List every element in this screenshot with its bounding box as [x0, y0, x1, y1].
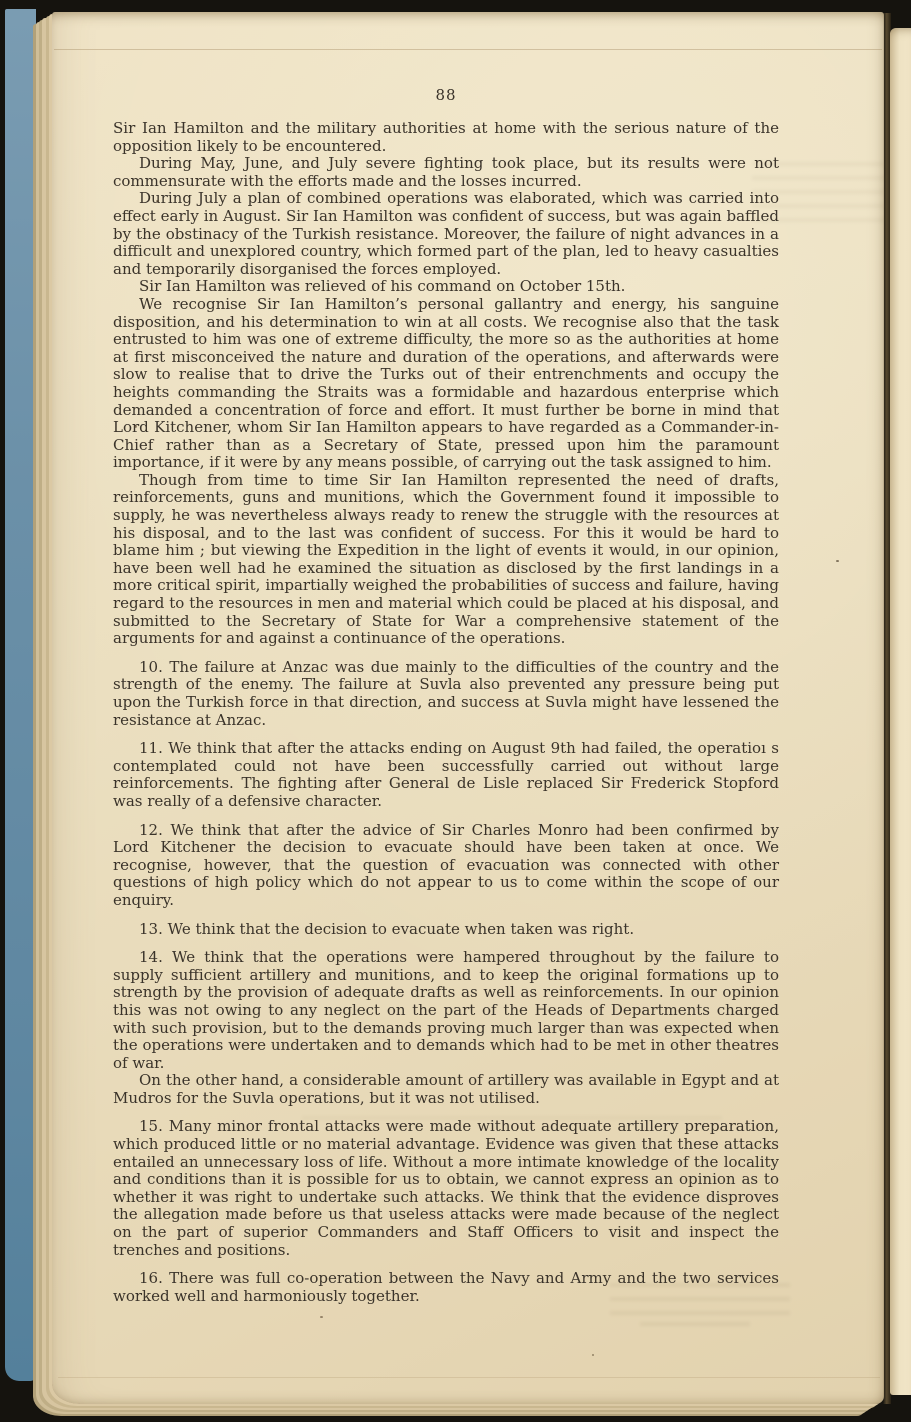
- paragraph: We recognise Sir Ian Hamilton’s personal…: [113, 296, 779, 472]
- ink-bleedthrough: [610, 1283, 790, 1317]
- paragraph: Sir Ian Hamilton was relieved of his com…: [113, 278, 779, 296]
- text-column: Sir Ian Hamilton and the military author…: [113, 120, 779, 1305]
- scan-speck: [592, 1354, 594, 1356]
- facing-page-edge: [890, 28, 911, 1395]
- scan-speck: [156, 200, 159, 202]
- paragraph: During July a plan of combined operation…: [113, 190, 779, 278]
- paragraph: Sir Ian Hamilton and the military author…: [113, 120, 779, 155]
- paragraph: Though from time to time Sir Ian Hamilto…: [113, 472, 779, 648]
- page-number: 88: [113, 86, 779, 104]
- paragraph: 11. We think that after the attacks endi…: [113, 740, 779, 810]
- scan-speck: [388, 617, 390, 619]
- scan-speck: [134, 425, 137, 428]
- ink-bleedthrough: [640, 1322, 750, 1336]
- scan-speck: [836, 560, 839, 562]
- paragraph: 10. The failure at Anzac was due mainly …: [113, 659, 779, 729]
- paragraph: 13. We think that the decision to evacua…: [113, 921, 779, 939]
- scan-speck: [131, 516, 133, 518]
- paragraph: During May, June, and July severe fighti…: [113, 155, 779, 190]
- paragraph: 15. Many minor frontal attacks were made…: [113, 1118, 779, 1259]
- paragraph: 12. We think that after the advice of Si…: [113, 822, 779, 910]
- scan-speck: [320, 1316, 323, 1318]
- scanned-book-photo: 88 Sir Ian Hamilton and the military aut…: [0, 0, 911, 1422]
- book-cover-edge: [5, 9, 36, 1381]
- paragraph: On the other hand, a considerable amount…: [113, 1072, 779, 1107]
- paragraph: 14. We think that the operations were ha…: [113, 949, 779, 1072]
